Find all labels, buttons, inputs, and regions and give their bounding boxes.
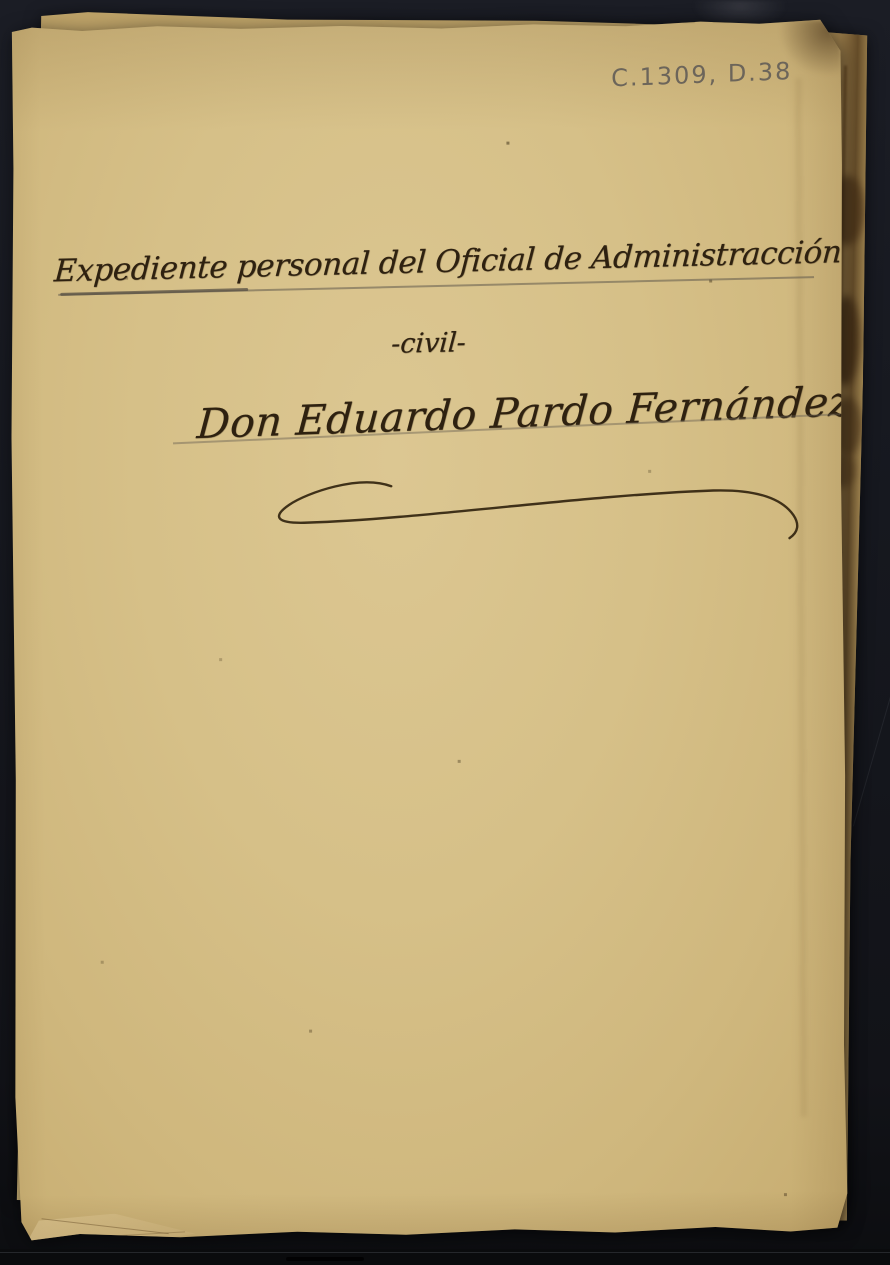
paper-crease <box>793 78 808 1117</box>
paper-cover-page: C.1309, D.38 Expediente personal del Ofi… <box>7 18 849 1244</box>
handwritten-title-line-2: -civil- <box>68 321 790 366</box>
dog-ear-fold <box>27 1213 195 1244</box>
torn-edge-shadow <box>107 19 759 25</box>
scanner-background: C.1309, D.38 Expediente personal del Ofi… <box>0 0 890 1265</box>
handwritten-title-line-1: Expediente personal del Oficial de Admin… <box>53 234 829 289</box>
ink-flourish-swash <box>261 470 821 553</box>
archive-reference-pencil-note: C.1309, D.38 <box>611 57 801 93</box>
paper-specks <box>7 22 8 23</box>
table-edge-line <box>0 1252 890 1253</box>
table-edge-debris <box>286 1257 364 1261</box>
front-sheet-wrapper: C.1309, D.38 Expediente personal del Ofi… <box>0 0 890 1265</box>
